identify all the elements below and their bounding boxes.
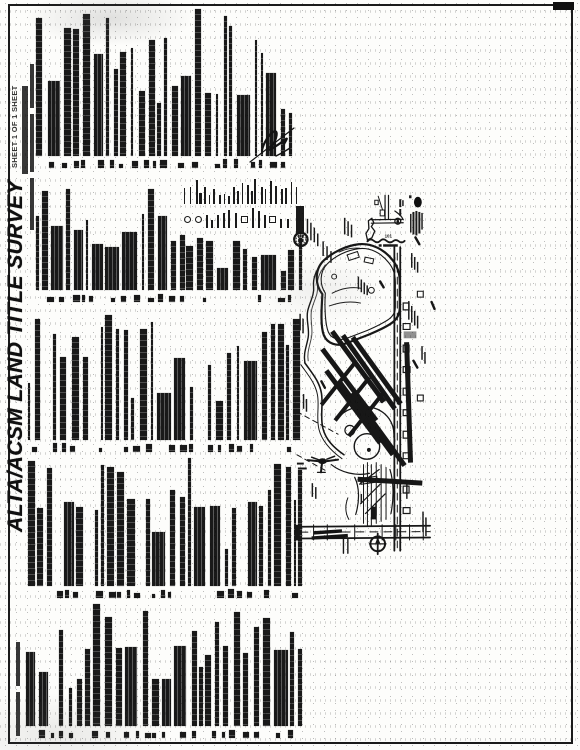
sheet-number-label: SHEET 1 OF 1 SHEET (10, 88, 19, 168)
revision-note-strip (22, 86, 28, 174)
vicinity-map: 101 (366, 195, 405, 246)
loop-road (317, 244, 400, 345)
margin-note-strip (30, 178, 34, 230)
survey-sheet: SHEET 1 OF 1 SHEET ALTA/ACSM LAND TITLE … (0, 0, 580, 750)
route-101-shield: 101 (385, 233, 393, 238)
north-arrow-icon (369, 534, 386, 555)
signature-mark (246, 116, 298, 168)
site-plan-map: 101 (294, 2, 576, 746)
legend-strip (184, 178, 302, 236)
tree-icon (308, 456, 338, 472)
margin-note-strip (30, 114, 34, 172)
notes-block-3 (28, 314, 302, 452)
notes-block-2 (36, 172, 186, 302)
south-road (295, 525, 430, 553)
survey-title: ALTA/ACSM LAND TITLE SURVEY (4, 226, 28, 532)
margin-note-strip (30, 64, 34, 108)
notes-block-2b (186, 238, 302, 302)
notes-block-4 (28, 456, 302, 598)
stamp-oval-icon (409, 195, 423, 235)
waterline-squiggle (367, 239, 404, 242)
margin-note-strip (16, 692, 20, 736)
utility-cluster (346, 463, 393, 527)
creek-lines (301, 262, 344, 459)
shaded-parcel (404, 331, 417, 338)
notes-block-5 (26, 604, 302, 738)
surveyor-seal-icon (294, 233, 307, 246)
margin-note-strip (16, 642, 20, 686)
street-name-smear (314, 529, 343, 534)
